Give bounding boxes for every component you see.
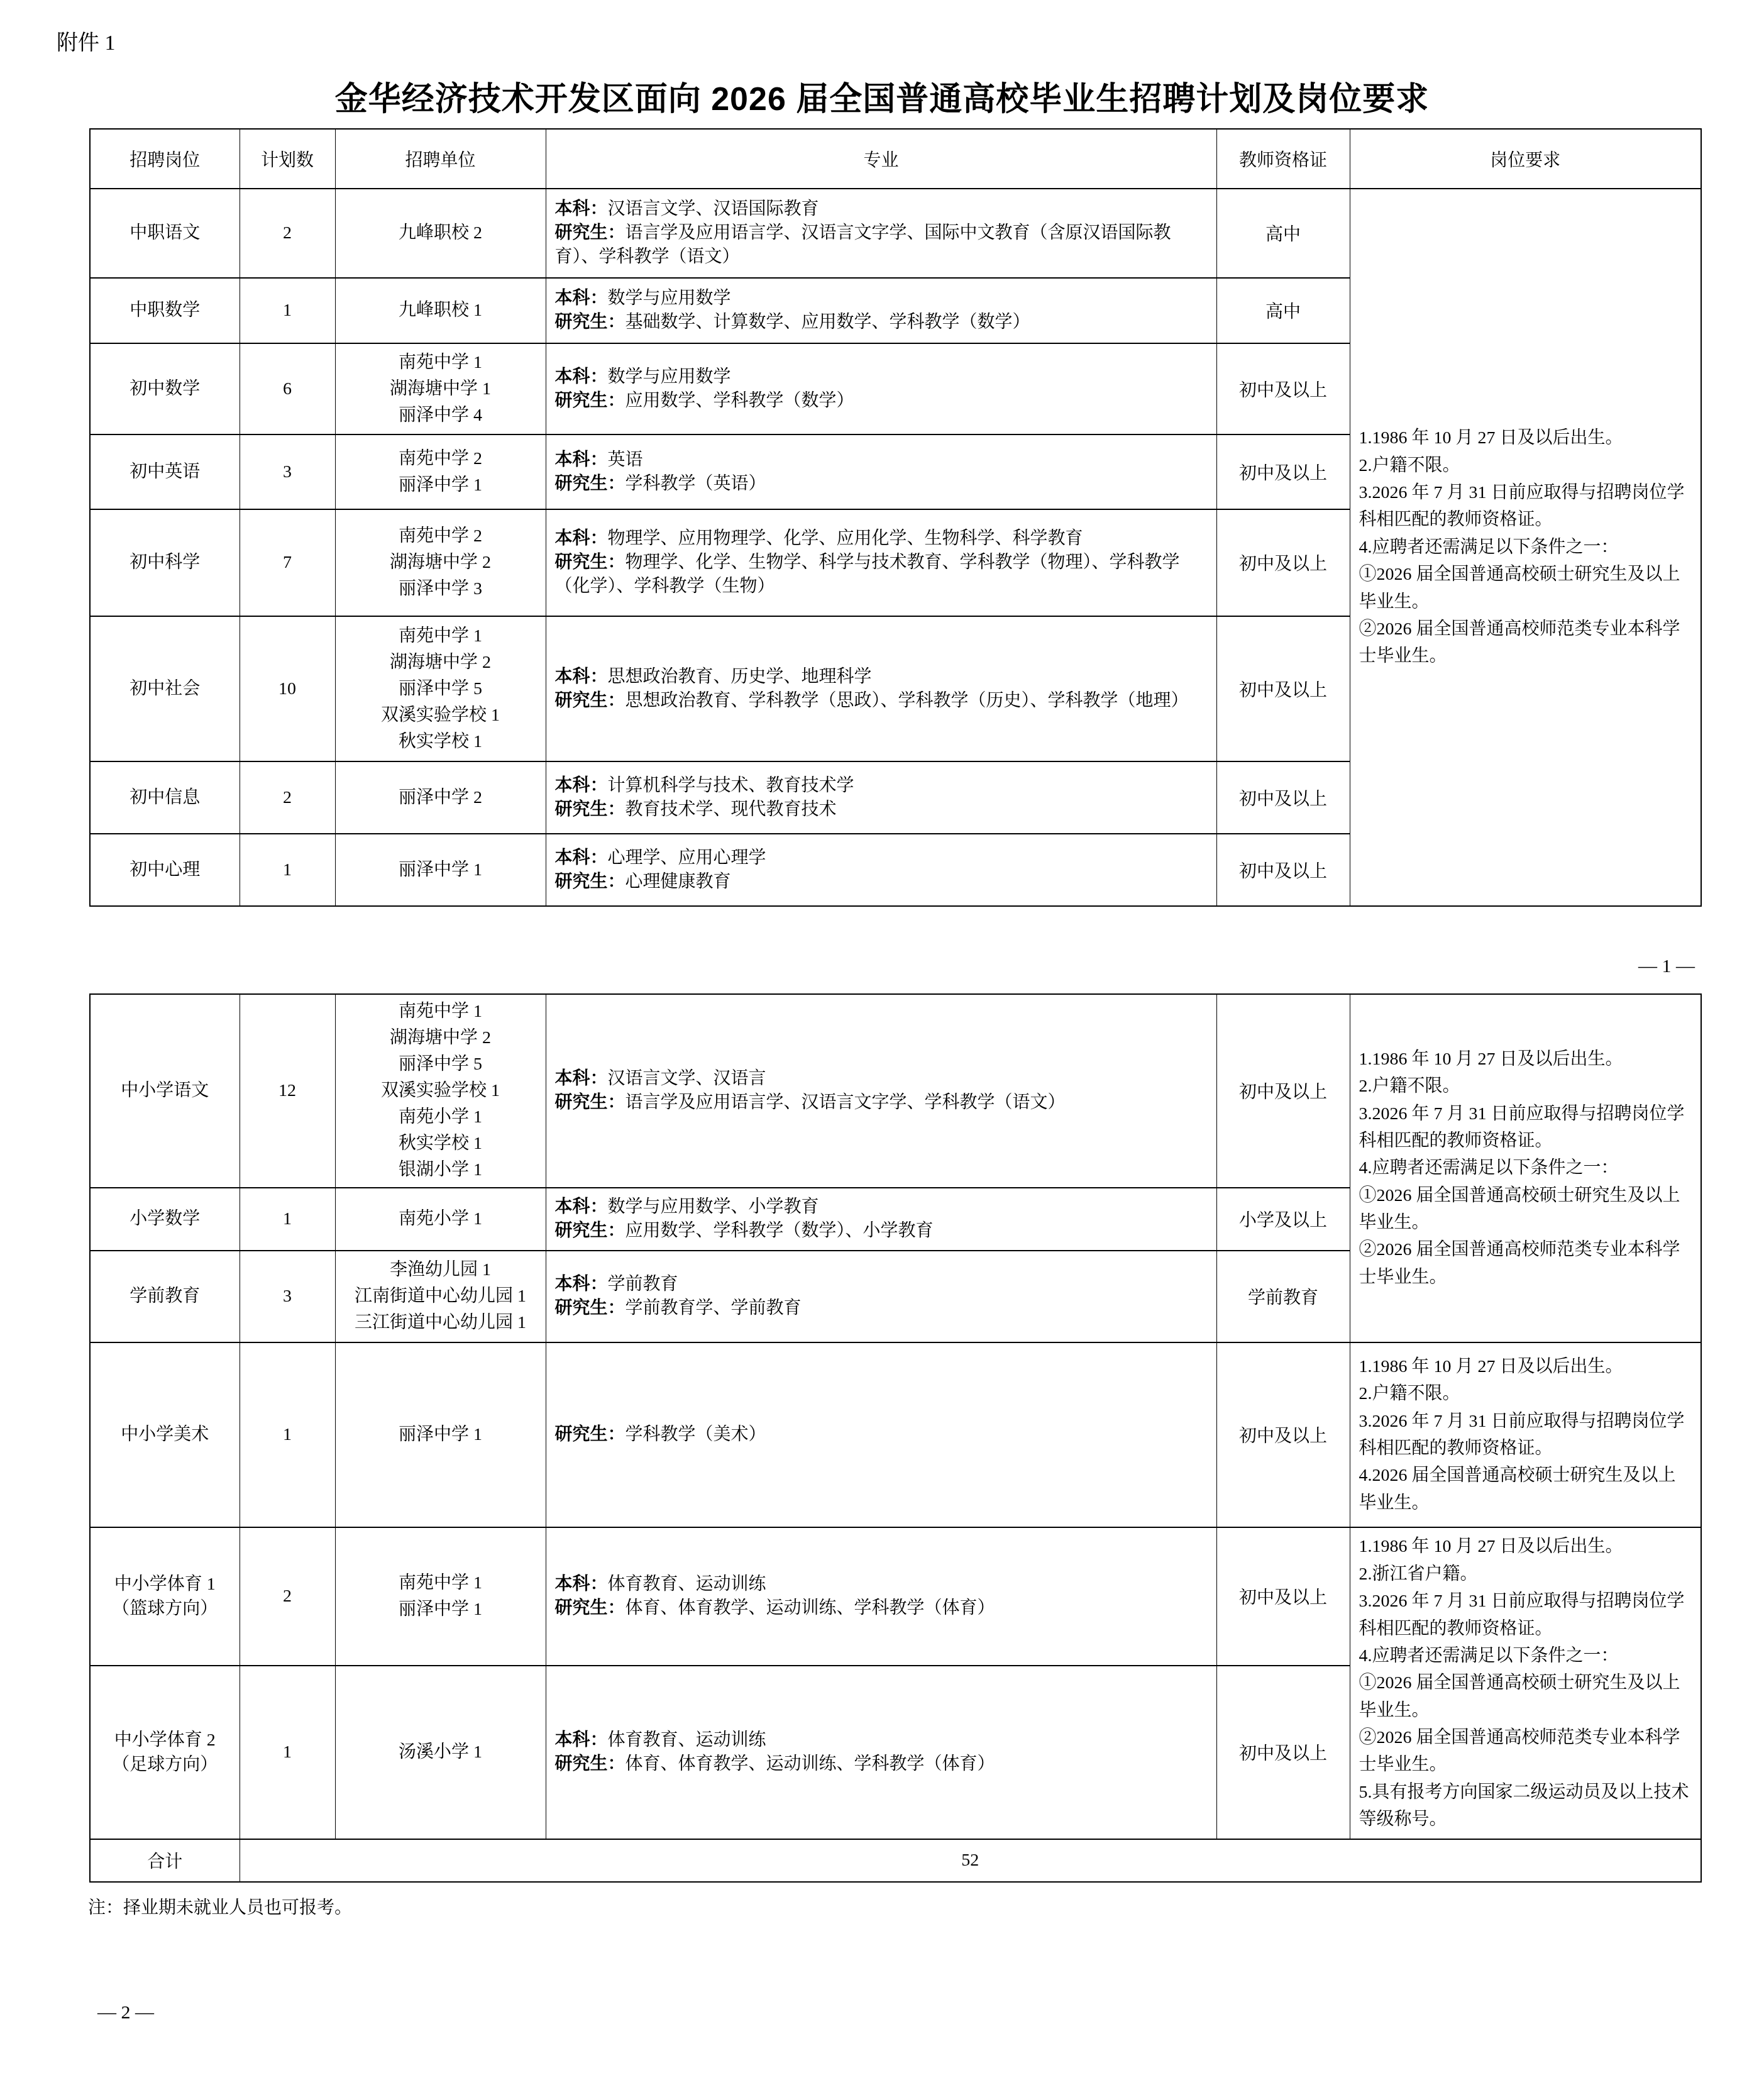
requirement-line: 2.户籍不限。	[1359, 1380, 1692, 1407]
position-cell: 学前教育	[90, 1251, 240, 1342]
cert-cell: 初中及以上	[1216, 1527, 1350, 1666]
position-cell: 初中心理	[90, 834, 240, 906]
cert-cell: 初中及以上	[1216, 434, 1350, 509]
undergrad-label: 本科：	[555, 848, 608, 868]
major-grad-line: 研究生：学前教育学、学前教育	[555, 1297, 1208, 1320]
major-grad-line: 研究生：学科教学（英语）	[555, 472, 1208, 496]
undergrad-label: 本科：	[555, 199, 608, 219]
major-undergrad-line: 本科：体育教育、运动训练	[555, 1573, 1208, 1596]
cert-cell: 初中及以上	[1216, 834, 1350, 906]
table-row: 中职语文 2 九峰职校 2 本科：汉语言文学、汉语国际教育 研究生：语言学及应用…	[90, 189, 1701, 278]
count-cell: 10	[240, 616, 335, 761]
position-cell: 初中英语	[90, 434, 240, 509]
major-cell: 本科：体育教育、运动训练 研究生：体育、体育教学、运动训练、学科教学（体育）	[546, 1666, 1216, 1839]
unit-item: 丽泽中学 4	[345, 402, 537, 429]
major-undergrad-line: 本科：英语	[555, 448, 1208, 472]
grad-label: 研究生：	[555, 313, 626, 332]
position-line: 中小学体育 2	[99, 1728, 231, 1752]
table-row: 中小学语文 12 南苑中学 1 湖海塘中学 2 丽泽中学 5 双溪实验学校 1 …	[90, 994, 1701, 1188]
unit-cell: 丽泽中学 1	[335, 834, 546, 906]
major-cell: 本科：学前教育 研究生：学前教育学、学前教育	[546, 1251, 1216, 1342]
requirement-line: 3.2026 年 7 月 31 日前应取得与招聘岗位学科相匹配的教师资格证。	[1359, 1100, 1692, 1155]
major-cell: 本科：物理学、应用物理学、化学、应用化学、生物科学、科学教育 研究生：物理学、化…	[546, 509, 1216, 616]
unit-item: 南苑小学 1	[345, 1206, 537, 1232]
unit-cell: 南苑中学 1 湖海塘中学 2 丽泽中学 5 双溪实验学校 1 南苑小学 1 秋实…	[335, 994, 546, 1188]
unit-cell: 南苑中学 1 湖海塘中学 2 丽泽中学 5 双溪实验学校 1 秋实学校 1	[335, 616, 546, 761]
requirement-line: 4.应聘者还需满足以下条件之一：	[1359, 534, 1692, 561]
requirement-line: 4.应聘者还需满足以下条件之一：	[1359, 1154, 1692, 1181]
unit-cell: 丽泽中学 1	[335, 1342, 546, 1527]
requirement-line: ②2026 届全国普通高校师范类专业本科学士毕业生。	[1359, 1236, 1692, 1291]
grad-majors: 应用数学、学科教学（数学）	[626, 391, 854, 411]
col-header-count: 计划数	[240, 129, 335, 189]
unit-item: 丽泽中学 1	[345, 1422, 537, 1448]
footnote: 注：择业期未就业人员也可报考。	[88, 1894, 1764, 1919]
grad-majors: 学科教学（英语）	[626, 474, 766, 494]
position-line: （篮球方向）	[99, 1596, 231, 1621]
unit-item: 丽泽中学 2	[345, 785, 537, 811]
unit-item: 双溪实验学校 1	[345, 702, 537, 729]
count-cell: 2	[240, 189, 335, 278]
grad-label: 研究生：	[555, 553, 626, 572]
undergrad-label: 本科：	[555, 289, 608, 308]
count-cell: 1	[240, 1666, 335, 1839]
major-undergrad-line: 本科：数学与应用数学	[555, 365, 1208, 389]
table-row: 中小学体育 1 （篮球方向） 2 南苑中学 1 丽泽中学 1 本科：体育教育、运…	[90, 1527, 1701, 1666]
undergrad-label: 本科：	[555, 1730, 608, 1750]
unit-item: 双溪实验学校 1	[345, 1078, 537, 1104]
undergrad-majors: 数学与应用数学、小学教育	[608, 1197, 819, 1217]
major-grad-line: 研究生：语言学及应用语言学、汉语言文字学、学科教学（语文）	[555, 1091, 1208, 1115]
cert-cell: 初中及以上	[1216, 509, 1350, 616]
col-header-position: 招聘岗位	[90, 129, 240, 189]
unit-item: 汤溪小学 1	[345, 1739, 537, 1766]
document-page: 附件 1 金华经济技术开发区面向 2026 届全国普通高校毕业生招聘计划及岗位要…	[0, 0, 1764, 2080]
requirement-line: ①2026 届全国普通高校硕士研究生及以上毕业生。	[1359, 1182, 1692, 1237]
unit-item: 南苑小学 1	[345, 1104, 537, 1131]
undergrad-majors: 汉语言文学、汉语言	[608, 1069, 766, 1088]
unit-item: 三江街道中心幼儿园 1	[338, 1310, 543, 1336]
major-undergrad-line: 本科：汉语言文学、汉语国际教育	[555, 197, 1208, 221]
position-cell: 中小学体育 1 （篮球方向）	[90, 1527, 240, 1666]
cert-cell: 学前教育	[1216, 1251, 1350, 1342]
unit-item: 江南街道中心幼儿园 1	[338, 1283, 543, 1310]
requirement-line: 2.户籍不限。	[1359, 452, 1692, 479]
grad-label: 研究生：	[555, 1221, 626, 1241]
grad-label: 研究生：	[555, 1754, 626, 1774]
position-cell: 中小学体育 2 （足球方向）	[90, 1666, 240, 1839]
grad-label: 研究生：	[555, 223, 626, 243]
grad-majors: 物理学、化学、生物学、科学与技术教育、学科教学（物理）、学科教学（化学）、学科教…	[555, 553, 1180, 596]
unit-item: 南苑中学 1	[345, 350, 537, 376]
cert-cell: 高中	[1216, 278, 1350, 343]
major-grad-line: 研究生：体育、体育教学、运动训练、学科教学（体育）	[555, 1596, 1208, 1620]
position-cell: 初中数学	[90, 343, 240, 434]
major-cell: 本科：心理学、应用心理学 研究生：心理健康教育	[546, 834, 1216, 906]
grad-majors: 体育、体育教学、运动训练、学科教学（体育）	[626, 1598, 995, 1618]
requirement-line: 2.户籍不限。	[1359, 1073, 1692, 1100]
major-grad-line: 研究生：物理学、化学、生物学、科学与技术教育、学科教学（物理）、学科教学（化学）…	[555, 551, 1208, 599]
requirement-line: 4.2026 届全国普通高校硕士研究生及以上毕业生。	[1359, 1462, 1692, 1517]
requirement-line: 3.2026 年 7 月 31 日前应取得与招聘岗位学科相匹配的教师资格证。	[1359, 479, 1692, 534]
undergrad-majors: 心理学、应用心理学	[608, 848, 766, 868]
requirement-line: 2.浙江省户籍。	[1359, 1561, 1692, 1588]
cert-cell: 初中及以上	[1216, 761, 1350, 834]
count-cell: 3	[240, 434, 335, 509]
undergrad-label: 本科：	[555, 1197, 608, 1217]
major-undergrad-line: 本科：学前教育	[555, 1273, 1208, 1297]
count-cell: 1	[240, 278, 335, 343]
grad-majors: 基础数学、计算数学、应用数学、学科教学（数学）	[626, 313, 1030, 332]
grad-majors: 语言学及应用语言学、汉语言文字学、学科教学（语文）	[626, 1093, 1066, 1112]
position-cell: 初中科学	[90, 509, 240, 616]
undergrad-label: 本科：	[555, 1069, 608, 1088]
position-line: （足球方向）	[99, 1752, 231, 1777]
requirement-line: 1.1986 年 10 月 27 日及以后出生。	[1359, 1533, 1692, 1560]
grad-label: 研究生：	[555, 872, 626, 892]
major-undergrad-line: 本科：心理学、应用心理学	[555, 846, 1208, 870]
unit-item: 南苑中学 2	[345, 446, 537, 472]
unit-item: 九峰职校 2	[345, 220, 537, 246]
major-grad-line: 研究生：学科教学（美术）	[555, 1423, 1208, 1447]
total-value: 52	[240, 1839, 1701, 1882]
undergrad-majors: 思想政治教育、历史学、地理科学	[608, 667, 872, 687]
requirement-line: ②2026 届全国普通高校师范类专业本科学士毕业生。	[1359, 1724, 1692, 1779]
count-cell: 2	[240, 761, 335, 834]
major-undergrad-line: 本科：计算机科学与技术、教育技术学	[555, 774, 1208, 798]
grad-majors: 心理健康教育	[626, 872, 731, 892]
cert-cell: 高中	[1216, 189, 1350, 278]
requirement-line: ①2026 届全国普通高校硕士研究生及以上毕业生。	[1359, 561, 1692, 616]
undergrad-label: 本科：	[555, 776, 608, 795]
position-line: 中小学体育 1	[99, 1572, 231, 1596]
major-cell: 本科：汉语言文学、汉语国际教育 研究生：语言学及应用语言学、汉语言文字学、国际中…	[546, 189, 1216, 278]
count-cell: 1	[240, 1342, 335, 1527]
undergrad-label: 本科：	[555, 1275, 608, 1294]
major-cell: 本科：英语 研究生：学科教学（英语）	[546, 434, 1216, 509]
total-label: 合计	[90, 1839, 240, 1882]
major-grad-line: 研究生：思想政治教育、学科教学（思政）、学科教学（历史）、学科教学（地理）	[555, 689, 1208, 713]
major-grad-line: 研究生：体育、体育教学、运动训练、学科教学（体育）	[555, 1752, 1208, 1776]
requirements-cell: 1.1986 年 10 月 27 日及以后出生。 2.浙江省户籍。 3.2026…	[1350, 1527, 1701, 1839]
undergrad-majors: 物理学、应用物理学、化学、应用化学、生物科学、科学教育	[608, 529, 1083, 548]
col-header-unit: 招聘单位	[335, 129, 546, 189]
grad-label: 研究生：	[555, 391, 626, 411]
requirement-line: 3.2026 年 7 月 31 日前应取得与招聘岗位学科相匹配的教师资格证。	[1359, 1588, 1692, 1642]
undergrad-majors: 汉语言文学、汉语国际教育	[608, 199, 819, 219]
undergrad-label: 本科：	[555, 1574, 608, 1594]
major-cell: 本科：汉语言文学、汉语言 研究生：语言学及应用语言学、汉语言文字学、学科教学（语…	[546, 994, 1216, 1188]
undergrad-majors: 数学与应用数学	[608, 289, 731, 308]
position-cell: 小学数学	[90, 1188, 240, 1251]
position-cell: 中职语文	[90, 189, 240, 278]
total-row: 合计 52	[90, 1839, 1701, 1882]
count-cell: 3	[240, 1251, 335, 1342]
grad-label: 研究生：	[555, 800, 626, 819]
grad-majors: 语言学及应用语言学、汉语言文字学、国际中文教育（含原汉语国际教育）、学科教学（语…	[555, 223, 1171, 267]
count-cell: 7	[240, 509, 335, 616]
major-undergrad-line: 本科：数学与应用数学	[555, 287, 1208, 311]
table-row: 中小学美术 1 丽泽中学 1 研究生：学科教学（美术） 初中及以上 1.1986…	[90, 1342, 1701, 1527]
cert-cell: 初中及以上	[1216, 994, 1350, 1188]
requirements-cell: 1.1986 年 10 月 27 日及以后出生。 2.户籍不限。 3.2026 …	[1350, 994, 1701, 1342]
cert-cell: 初中及以上	[1216, 616, 1350, 761]
unit-cell: 丽泽中学 2	[335, 761, 546, 834]
requirement-line: 5.具有报考方向国家二级运动员及以上技术等级称号。	[1359, 1779, 1692, 1834]
grad-label: 研究生：	[555, 474, 626, 494]
grad-label: 研究生：	[555, 1598, 626, 1618]
major-undergrad-line: 本科：体育教育、运动训练	[555, 1729, 1208, 1752]
requirements-cell: 1.1986 年 10 月 27 日及以后出生。 2.户籍不限。 3.2026 …	[1350, 189, 1701, 906]
major-cell: 本科：数学与应用数学、小学教育 研究生：应用数学、学科教学（数学）、小学教育	[546, 1188, 1216, 1251]
attachment-label: 附件 1	[57, 0, 1764, 56]
cert-cell: 初中及以上	[1216, 343, 1350, 434]
count-cell: 1	[240, 1188, 335, 1251]
grad-majors: 思想政治教育、学科教学（思政）、学科教学（历史）、学科教学（地理）	[626, 691, 1189, 711]
count-cell: 12	[240, 994, 335, 1188]
unit-cell: 南苑小学 1	[335, 1188, 546, 1251]
cert-cell: 小学及以上	[1216, 1188, 1350, 1251]
col-header-requirements: 岗位要求	[1350, 129, 1701, 189]
position-cell: 中小学美术	[90, 1342, 240, 1527]
table-header-row: 招聘岗位 计划数 招聘单位 专业 教师资格证 岗位要求	[90, 129, 1701, 189]
unit-item: 秋实学校 1	[345, 729, 537, 755]
major-cell: 本科：数学与应用数学 研究生：基础数学、计算数学、应用数学、学科教学（数学）	[546, 278, 1216, 343]
grad-majors: 学前教育学、学前教育	[626, 1298, 802, 1318]
major-grad-line: 研究生：应用数学、学科教学（数学）、小学教育	[555, 1219, 1208, 1243]
major-cell: 研究生：学科教学（美术）	[546, 1342, 1216, 1527]
grad-majors: 体育、体育教学、运动训练、学科教学（体育）	[626, 1754, 995, 1774]
grad-label: 研究生：	[555, 1425, 626, 1444]
grad-label: 研究生：	[555, 691, 626, 711]
major-grad-line: 研究生：基础数学、计算数学、应用数学、学科教学（数学）	[555, 311, 1208, 335]
unit-item: 南苑中学 1	[345, 623, 537, 650]
unit-cell: 南苑中学 1 湖海塘中学 1 丽泽中学 4	[335, 343, 546, 434]
unit-item: 南苑中学 1	[345, 1570, 537, 1596]
grad-majors: 学科教学（美术）	[626, 1425, 766, 1444]
undergrad-label: 本科：	[555, 450, 608, 470]
unit-item: 丽泽中学 5	[345, 676, 537, 702]
requirement-line: 3.2026 年 7 月 31 日前应取得与招聘岗位学科相匹配的教师资格证。	[1359, 1408, 1692, 1463]
unit-item: 湖海塘中学 2	[345, 650, 537, 676]
position-cell: 中职数学	[90, 278, 240, 343]
undergrad-label: 本科：	[555, 529, 608, 548]
grad-label: 研究生：	[555, 1093, 626, 1112]
unit-item: 南苑中学 1	[345, 999, 537, 1025]
unit-cell: 李渔幼儿园 1 江南街道中心幼儿园 1 三江街道中心幼儿园 1	[335, 1251, 546, 1342]
undergrad-majors: 学前教育	[608, 1275, 678, 1294]
unit-item: 湖海塘中学 2	[345, 550, 537, 576]
major-grad-line: 研究生：心理健康教育	[555, 870, 1208, 894]
major-cell: 本科：计算机科学与技术、教育技术学 研究生：教育技术学、现代教育技术	[546, 761, 1216, 834]
requirement-line: 1.1986 年 10 月 27 日及以后出生。	[1359, 1353, 1692, 1380]
unit-cell: 汤溪小学 1	[335, 1666, 546, 1839]
requirement-line: 4.应聘者还需满足以下条件之一：	[1359, 1642, 1692, 1669]
undergrad-label: 本科：	[555, 667, 608, 687]
count-cell: 2	[240, 1527, 335, 1666]
unit-item: 丽泽中学 1	[345, 1596, 537, 1623]
grad-majors: 应用数学、学科教学（数学）、小学教育	[626, 1221, 934, 1241]
major-undergrad-line: 本科：汉语言文学、汉语言	[555, 1067, 1208, 1091]
unit-cell: 南苑中学 2 湖海塘中学 2 丽泽中学 3	[335, 509, 546, 616]
count-cell: 1	[240, 834, 335, 906]
cert-cell: 初中及以上	[1216, 1342, 1350, 1527]
unit-cell: 九峰职校 2	[335, 189, 546, 278]
unit-item: 南苑中学 2	[345, 523, 537, 550]
major-cell: 本科：思想政治教育、历史学、地理科学 研究生：思想政治教育、学科教学（思政）、学…	[546, 616, 1216, 761]
col-header-cert: 教师资格证	[1216, 129, 1350, 189]
position-cell: 中小学语文	[90, 994, 240, 1188]
col-header-major: 专业	[546, 129, 1216, 189]
requirement-line: ①2026 届全国普通高校硕士研究生及以上毕业生。	[1359, 1669, 1692, 1724]
requirements-cell: 1.1986 年 10 月 27 日及以后出生。 2.户籍不限。 3.2026 …	[1350, 1342, 1701, 1527]
unit-item: 丽泽中学 1	[345, 472, 537, 499]
recruitment-table-page2: 中小学语文 12 南苑中学 1 湖海塘中学 2 丽泽中学 5 双溪实验学校 1 …	[89, 993, 1702, 1883]
major-grad-line: 研究生：语言学及应用语言学、汉语言文字学、国际中文教育（含原汉语国际教育）、学科…	[555, 221, 1208, 269]
unit-item: 秋实学校 1	[345, 1131, 537, 1157]
major-undergrad-line: 本科：数学与应用数学、小学教育	[555, 1195, 1208, 1219]
grad-label: 研究生：	[555, 1298, 626, 1318]
unit-item: 丽泽中学 1	[345, 857, 537, 883]
cert-cell: 初中及以上	[1216, 1666, 1350, 1839]
unit-cell: 九峰职校 1	[335, 278, 546, 343]
undergrad-majors: 英语	[608, 450, 643, 470]
grad-majors: 教育技术学、现代教育技术	[626, 800, 837, 819]
count-cell: 6	[240, 343, 335, 434]
recruitment-table-page1: 招聘岗位 计划数 招聘单位 专业 教师资格证 岗位要求 中职语文 2 九峰职校 …	[89, 128, 1702, 907]
major-undergrad-line: 本科：思想政治教育、历史学、地理科学	[555, 665, 1208, 689]
undergrad-majors: 体育教育、运动训练	[608, 1574, 766, 1594]
unit-cell: 南苑中学 2 丽泽中学 1	[335, 434, 546, 509]
undergrad-majors: 体育教育、运动训练	[608, 1730, 766, 1750]
position-cell: 初中社会	[90, 616, 240, 761]
undergrad-majors: 数学与应用数学	[608, 367, 731, 387]
requirement-line: 1.1986 年 10 月 27 日及以后出生。	[1359, 424, 1692, 451]
undergrad-majors: 计算机科学与技术、教育技术学	[608, 776, 854, 795]
major-grad-line: 研究生：应用数学、学科教学（数学）	[555, 389, 1208, 413]
unit-item: 湖海塘中学 2	[345, 1025, 537, 1051]
unit-item: 丽泽中学 3	[345, 576, 537, 602]
undergrad-label: 本科：	[555, 367, 608, 387]
unit-item: 丽泽中学 5	[345, 1051, 537, 1078]
major-grad-line: 研究生：教育技术学、现代教育技术	[555, 798, 1208, 822]
unit-item: 银湖小学 1	[345, 1157, 537, 1183]
page-title: 金华经济技术开发区面向 2026 届全国普通高校毕业生招聘计划及岗位要求	[38, 72, 1726, 119]
unit-cell: 南苑中学 1 丽泽中学 1	[335, 1527, 546, 1666]
page-number-1: — 1 —	[0, 956, 1695, 977]
requirement-line: 1.1986 年 10 月 27 日及以后出生。	[1359, 1046, 1692, 1073]
major-undergrad-line: 本科：物理学、应用物理学、化学、应用化学、生物科学、科学教育	[555, 527, 1208, 551]
unit-item: 李渔幼儿园 1	[338, 1257, 543, 1283]
position-cell: 初中信息	[90, 761, 240, 834]
major-cell: 本科：数学与应用数学 研究生：应用数学、学科教学（数学）	[546, 343, 1216, 434]
page-number-2: — 2 —	[97, 2002, 1764, 2023]
unit-item: 九峰职校 1	[345, 297, 537, 324]
major-cell: 本科：体育教育、运动训练 研究生：体育、体育教学、运动训练、学科教学（体育）	[546, 1527, 1216, 1666]
requirement-line: ②2026 届全国普通高校师范类专业本科学士毕业生。	[1359, 616, 1692, 670]
unit-item: 湖海塘中学 1	[345, 376, 537, 402]
